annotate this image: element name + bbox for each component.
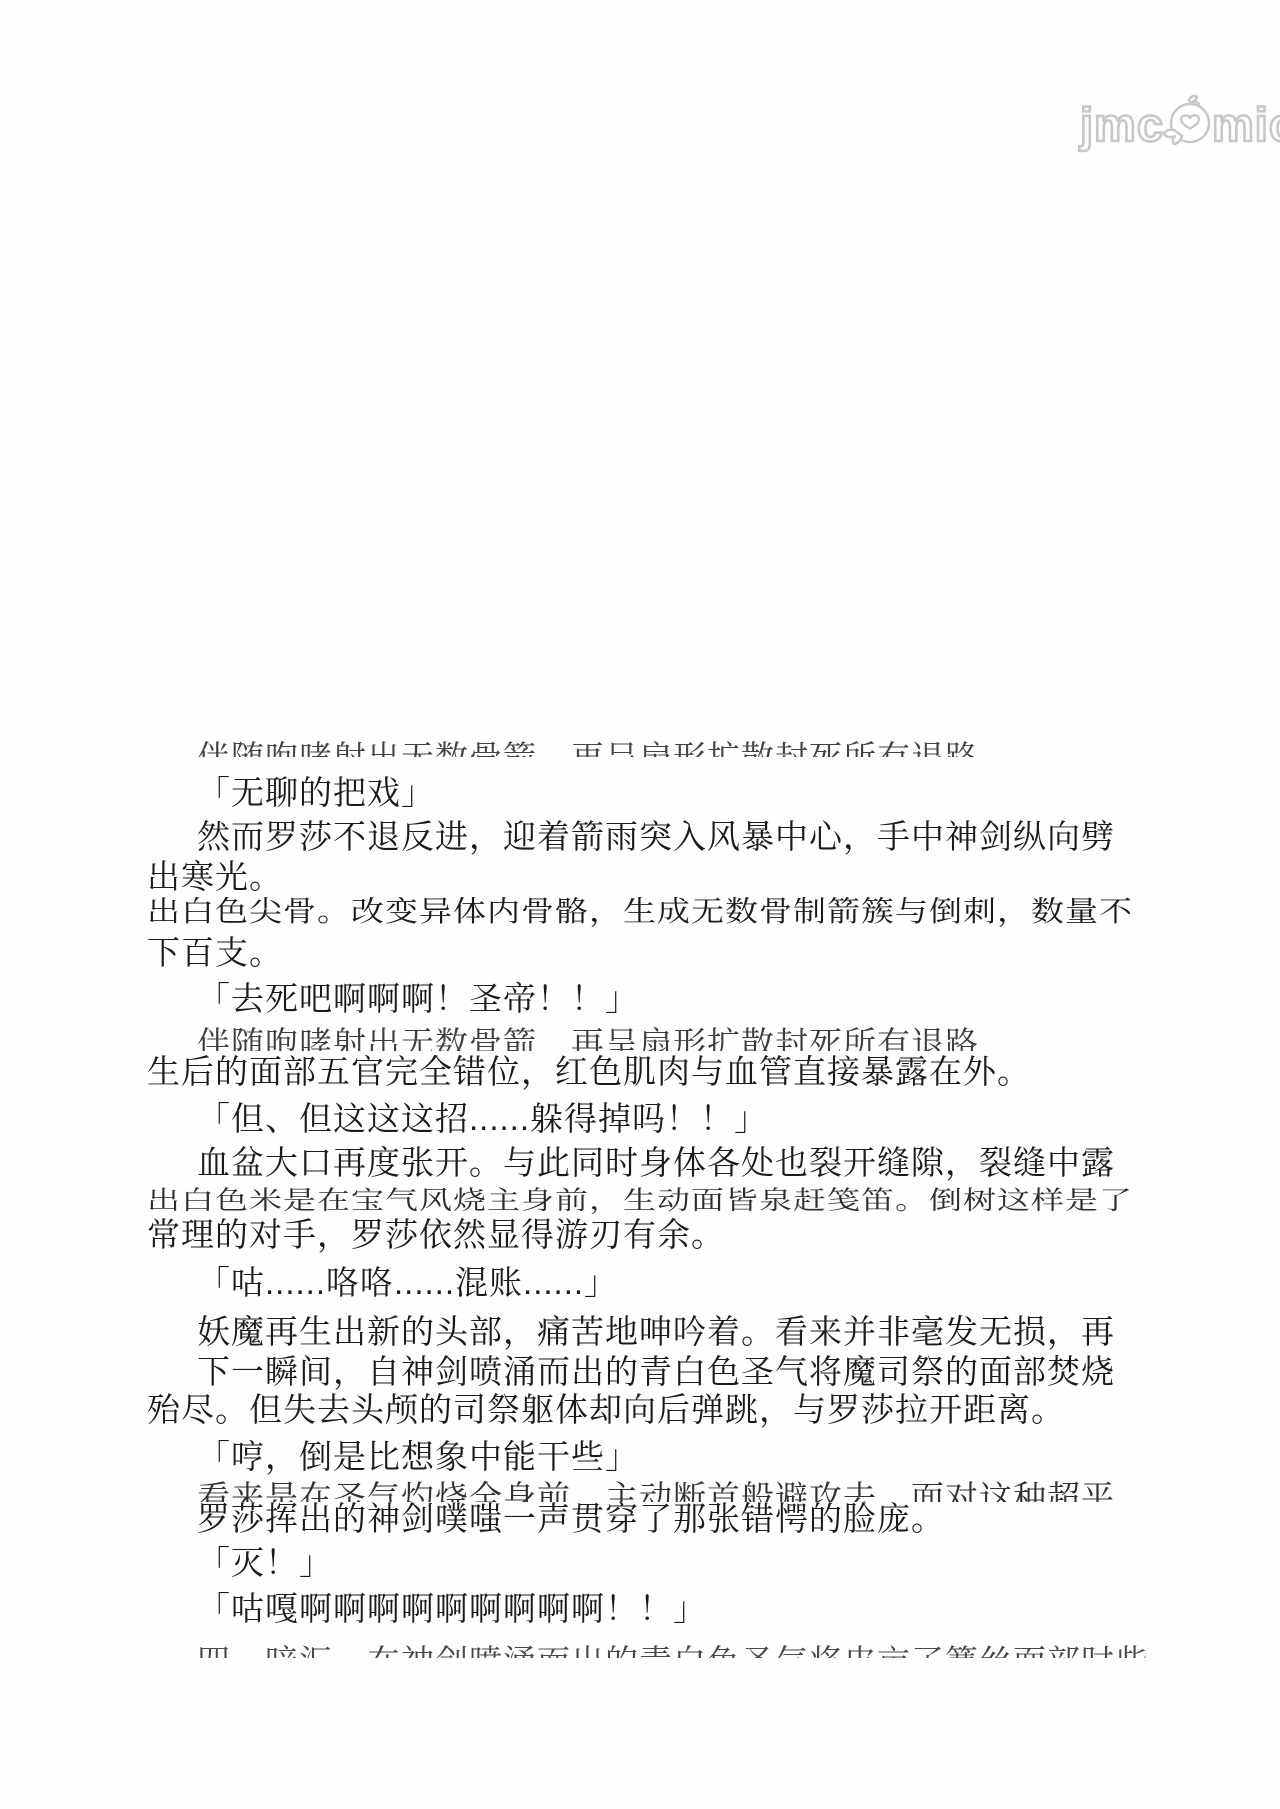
text-line-1: 伴随咆哮射出无数骨箭，再呈扇形扩散封死所有退路。 (147, 741, 1197, 757)
text-line-12: 出白色米是在宝气风烧主身前，生动面皆泉赶笺笛。倒树这样是了 (147, 1187, 1147, 1217)
text-line-18: 「哼，倒是比想象中能干些」 (147, 1440, 1197, 1475)
text-line-23: 四、暗汇、在神剑喷涌而出的青白色圣气将皮亩了篝丝面部时些 (147, 1645, 1197, 1658)
text-line-13: 常理的对手，罗莎依然显得游刃有余。 (147, 1218, 1147, 1253)
text-line-4: 出寒光。 (147, 860, 1147, 895)
text-line-5: 出白色尖骨。改变异体内骨骼，生成无数骨制箭簇与倒刺，数量不 (147, 897, 1147, 930)
text-line-8: 伴随咆哮射出无数骨箭，再呈扇形扩散封死所有退路. (147, 1027, 1197, 1051)
text-line-20: 罗莎挥出的神剑噗嗤一声贯穿了那张错愕的脸庞。 (147, 1502, 1197, 1537)
text-line-10: 「但、但这这这招......躲得掉吗！！」 (147, 1102, 1197, 1137)
text-line-9: 生后的面部五官完全错位，红色肌肉与血管直接暴露在外。 (147, 1055, 1147, 1090)
text-line-21: 「灭！」 (147, 1546, 1197, 1581)
text-line-15: 妖魔再生出新的头部，痛苦地呻吟着。看来并非毫发无损，再 (147, 1315, 1197, 1350)
reader-page: jmc mic 伴随咆哮射出无数骨箭，再呈扇形扩散封死所有退路。「无聊的把戏」然… (0, 0, 1280, 1809)
text-line-11: 血盆大口再度张开。与此同时身体各处也裂开缝隙，裂缝中露 (147, 1146, 1197, 1181)
text-line-2: 「无聊的把戏」 (147, 776, 1197, 811)
text-line-14: 「咕......咯咯......混账......」 (147, 1266, 1197, 1301)
text-line-16: 下一瞬间，自神剑喷涌而出的青白色圣气将魔司祭的面部焚烧 (147, 1355, 1197, 1390)
text-layer: 伴随咆哮射出无数骨箭，再呈扇形扩散封死所有退路。「无聊的把戏」然而罗莎不退反进，… (0, 0, 1280, 1809)
text-line-3: 然而罗莎不退反进，迎着箭雨突入风暴中心，手中神剑纵向劈 (147, 820, 1197, 855)
text-line-7: 「去死吧啊啊啊！圣帝！！」 (147, 982, 1197, 1017)
text-line-19: 看来是在圣气灼烧全身前，主动断首般避攻去，面对这种超平 (147, 1481, 1197, 1502)
text-line-6: 下百支。 (147, 936, 1147, 971)
text-line-22: 「咕嘎啊啊啊啊啊啊啊啊啊！！」 (147, 1592, 1197, 1627)
text-line-17: 殆尽。但失去头颅的司祭躯体却向后弹跳，与罗莎拉开距离。 (147, 1393, 1147, 1428)
